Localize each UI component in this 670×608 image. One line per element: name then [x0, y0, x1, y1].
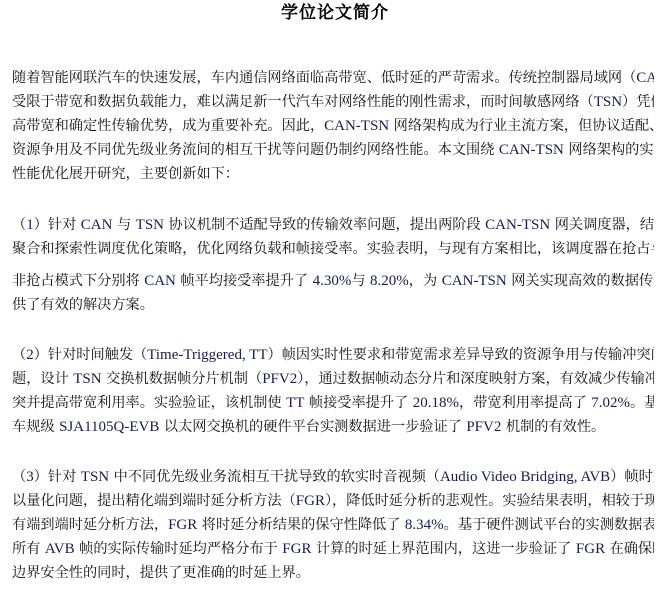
paragraph-innovation-1: （1）针对 CAN 与 TSN 协议机制不适配导致的传输效率问题，提出两阶段 C…	[12, 213, 654, 317]
latin-run: CAN-TSN	[499, 142, 564, 158]
text-line: 所有 AVB 帧的实际传输时延均严格分布于 FGR 计算的时延上界范围内，这进一…	[12, 537, 654, 561]
latin-run: Audio Video Bridging, AVB	[440, 469, 610, 485]
latin-run: TSN	[594, 94, 622, 110]
paragraph-innovation-2: （2）针对时间触发（Time-Triggered, TT）帧因实时性要求和带宽需…	[12, 343, 654, 439]
latin-run: CAN-TSN	[485, 217, 550, 233]
text-line: 聚合和探索性调度优化策略，优化网络负载和帧接受率。实验表明，与现有方案相比，该调…	[12, 237, 654, 261]
latin-run: 1	[26, 217, 34, 233]
text-line: 供了有效的解决方案。	[12, 293, 654, 317]
latin-run: CAN	[144, 273, 176, 289]
latin-run: TSN	[73, 371, 101, 387]
latin-run: CAN-TSN	[324, 118, 389, 134]
latin-run: FGR	[282, 541, 311, 557]
latin-run: TT	[286, 395, 304, 411]
latin-run: 4.30%	[313, 273, 352, 289]
latin-run: FGR	[576, 541, 605, 557]
latin-run: CAN	[636, 70, 654, 86]
latin-run: SJA1105Q-EVB	[59, 419, 159, 435]
text-line: 题，设计 TSN 交换机数据帧分片机制（PFV2），通过数据帧动态分片和深度映射…	[12, 367, 654, 391]
text-line: 高带宽和确定性传输优势，成为重要补充。因此，CAN-TSN 网络架构成为行业主流…	[12, 114, 654, 138]
latin-run: FGR	[296, 493, 325, 509]
paragraph-innovation-3: （3）针对 TSN 中不同优先级业务流相互干扰导致的软实时音视频（Audio V…	[12, 465, 654, 585]
latin-run: 20.18%	[413, 395, 459, 411]
latin-run: Time-Triggered, TT	[147, 347, 267, 363]
latin-run: TSN	[136, 217, 164, 233]
text-line: 非抢占模式下分别将 CAN 帧平均接受率提升了 4.30%与 8.20%，为 C…	[12, 269, 654, 293]
document-title: 学位论文简介	[0, 2, 670, 24]
latin-run: 3	[26, 469, 34, 485]
text-line: （3）针对 TSN 中不同优先级业务流相互干扰导致的软实时音视频（Audio V…	[12, 465, 654, 489]
text-line: 资源争用及不同优先级业务流间的相互干扰等问题仍制约网络性能。本文围绕 CAN-T…	[12, 138, 654, 162]
text-line: 突并提高带宽利用率。实验验证，该机制使 TT 帧接受率提升了 20.18%，带宽…	[12, 391, 654, 415]
text-line: 以量化问题，提出精化端到端时延分析方法（FGR），降低时延分析的悲观性。实验结果…	[12, 489, 654, 513]
latin-run: FGR	[168, 517, 197, 533]
text-line: （2）针对时间触发（Time-Triggered, TT）帧因实时性要求和带宽需…	[12, 343, 654, 367]
text-line: 边界安全性的同时，提供了更准确的时延上界。	[12, 561, 654, 585]
latin-run: TSN	[81, 469, 109, 485]
latin-run: CAN-TSN	[442, 273, 507, 289]
text-line: 随着智能网联汽车的快速发展，车内通信网络面临高带宽、低时延的严苛需求。传统控制器…	[12, 66, 654, 90]
text-line: 性能优化展开研究，主要创新如下：	[12, 162, 654, 186]
latin-run: AVB	[45, 541, 75, 557]
latin-run: PFV2	[262, 371, 297, 387]
latin-run: CAN	[81, 217, 113, 233]
latin-run: 7.02%	[591, 395, 630, 411]
latin-run: 2	[26, 347, 34, 363]
text-line: 受限于带宽和数据负载能力，难以满足新一代汽车对网络性能的刚性需求，而时间敏感网络…	[12, 90, 654, 114]
latin-run: 8.34%	[405, 517, 444, 533]
text-line: （1）针对 CAN 与 TSN 协议机制不适配导致的传输效率问题，提出两阶段 C…	[12, 213, 654, 237]
latin-run: PFV2	[466, 419, 501, 435]
text-line: 有端到端时延分析方法，FGR 将时延分析结果的保守性降低了 8.34%。基于硬件…	[12, 513, 654, 537]
text-line: 车规级 SJA1105Q-EVB 以太网交换机的硬件平台实测数据进一步验证了 P…	[12, 415, 654, 439]
paragraph-intro: 随着智能网联汽车的快速发展，车内通信网络面临高带宽、低时延的严苛需求。传统控制器…	[12, 66, 654, 186]
latin-run: 8.20%	[370, 273, 409, 289]
